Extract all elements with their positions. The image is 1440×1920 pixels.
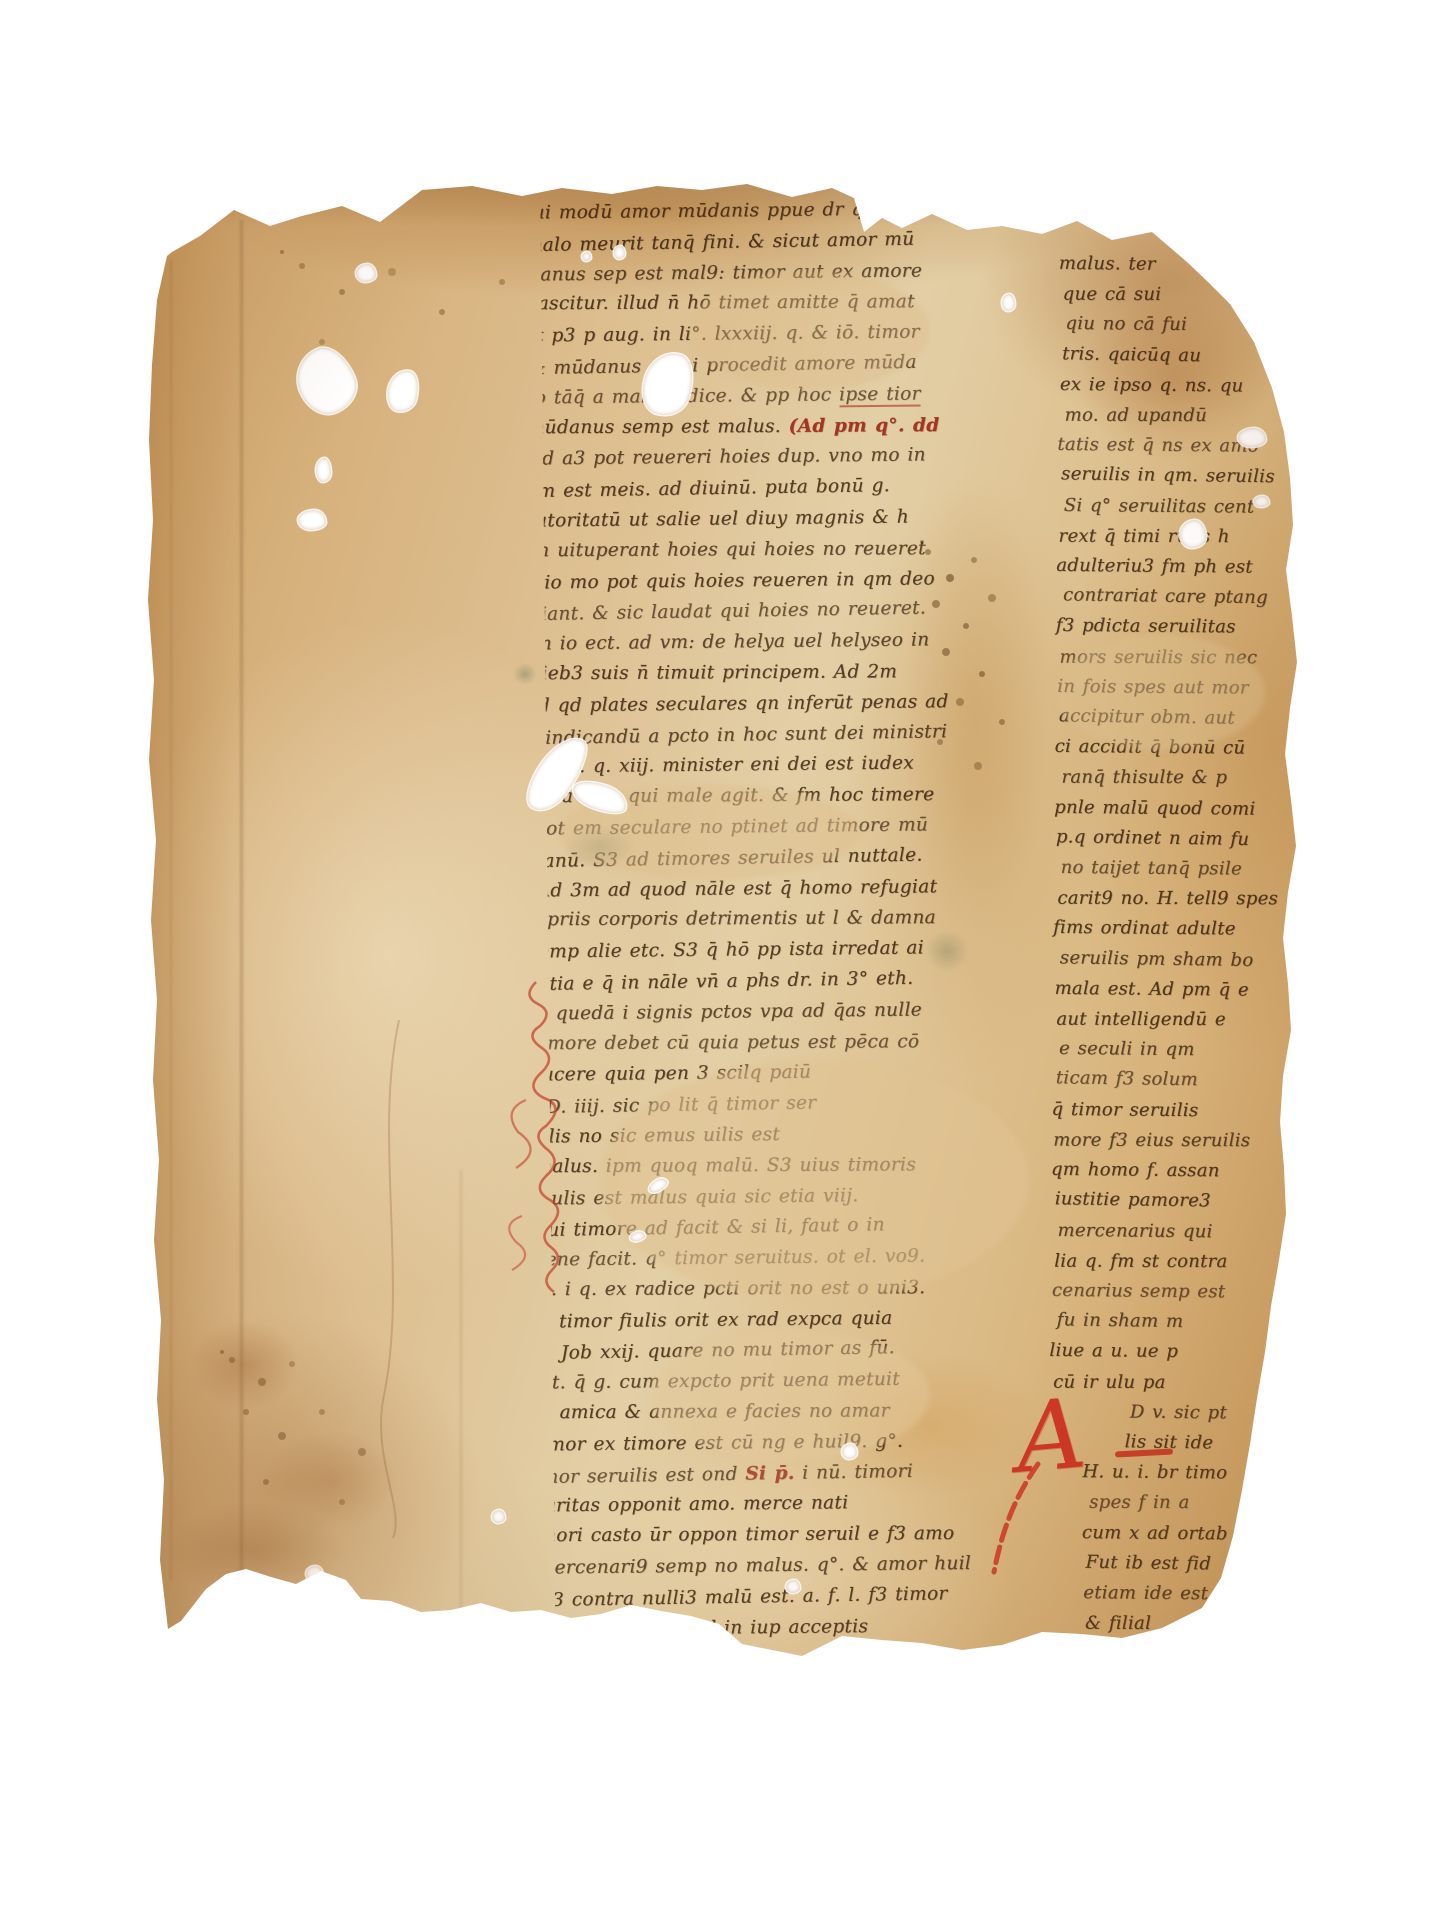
- line-text: fiulis est malus quia sic etia viij.: [540, 1185, 858, 1209]
- parchment-hole: [298, 510, 326, 530]
- manuscript-line: q̄ timor seruilis: [1051, 1095, 1301, 1127]
- line-text: uilis no sic emus uilis est: [540, 1124, 780, 1148]
- manuscript-line: adulteriu3 fm ph est: [1056, 551, 1306, 583]
- rubric-lead-mark: ||: [540, 1097, 542, 1118]
- line-text: iustitie pamore3: [1055, 1189, 1211, 1212]
- line-text: pnle malū quod comi: [1054, 797, 1255, 820]
- manuscript-line: ci accidit q̄ bonū cū: [1055, 732, 1305, 764]
- line-text: fu in sham m: [1057, 1309, 1184, 1332]
- manuscript-line: qiu no cā fui: [1065, 309, 1308, 341]
- parchment-hole: [786, 1580, 800, 1593]
- manuscript-line: mala est. Ad pm q̄ e: [1054, 974, 1302, 1006]
- manuscript-line: pnle malū quod comi: [1054, 793, 1304, 825]
- line-text: D. iiij. sic po lit q̄ timor ser: [546, 1093, 817, 1118]
- line-text: liue a u. ue p: [1049, 1340, 1178, 1362]
- line-text: Ad 3m ad quod nāle est q̄ homo refugiat: [540, 876, 937, 901]
- parchment-hole: [492, 1510, 505, 1523]
- line-text: carit9 no. H. tell9 spes: [1057, 888, 1278, 910]
- line-text: lia q. fm st contra: [1054, 1250, 1227, 1271]
- manuscript-line: aut intelligendū e: [1056, 1005, 1302, 1036]
- manuscript-line: fm ro. q. xiij. minister eni dei est iud…: [546, 748, 1010, 784]
- manuscript-line: caritas opponit amo. merce nati: [554, 1487, 1018, 1523]
- manuscript-line: dt. q̄ g. cum expcto prit uena metuit: [560, 1364, 1017, 1400]
- line-text: qm est meis. ad diuinū. puta bonū g.: [540, 475, 890, 502]
- manuscript-line: etiam ide est: [1049, 1578, 1297, 1610]
- line-text: Alio mo pot quis hoies reueren in qm deo: [540, 568, 935, 593]
- line-text: danū. S3 ad timores seruiles ul nuttale.: [540, 844, 922, 871]
- line-text: pot em seculare no ptinet ad timore mū: [540, 814, 928, 839]
- line-text: ut p3 p aug. in li°. lxxxiij. q. & iō. t…: [540, 322, 919, 347]
- manuscript-line: cū ir ulu pa: [1053, 1367, 1299, 1398]
- text-column-right: malus. terque cā suiqiu no cā fuitris. q…: [1047, 249, 1309, 1640]
- plummet-line: [365, 1020, 425, 1540]
- line-text: adulteriu3 fm ph est: [1056, 555, 1253, 578]
- manuscript-line: iustitie pamore3: [1055, 1185, 1301, 1219]
- manuscript-line: & filial: [1051, 1609, 1297, 1640]
- line-text: tatis est q̄ ns ex amo: [1057, 434, 1259, 457]
- parchment-hole: [1002, 294, 1015, 311]
- manuscript-line: mori casto ūr oppon timor seruil e f3 am…: [558, 1519, 1018, 1552]
- line-text: ci accidit q̄ bonū cū: [1055, 736, 1246, 759]
- manuscript-line: mors seruilis sic nec: [1059, 642, 1305, 673]
- line-text: hui modū amor mūdanis ppue dr quo as: [540, 199, 916, 224]
- line-text: mori casto ūr oppon timor seruil e f3 am…: [540, 1523, 954, 1546]
- manuscript-line: qm homo f. assan: [1051, 1155, 1301, 1187]
- manuscript-line: spes f in a: [1055, 1488, 1298, 1519]
- line-text: ex ie ipso q. ns. qu: [1060, 374, 1244, 397]
- line-text: autoritatū ut salie uel diuy magnis & h: [540, 507, 909, 532]
- line-text: nucere quia pen 3 scilq paiū: [540, 1062, 811, 1086]
- parchment-hole: [306, 1566, 323, 1581]
- manuscript-line: fm io ect. ad vm: de helya uel helyseo i…: [547, 625, 1009, 661]
- manuscript-line: lis sit ide: [1050, 1426, 1298, 1460]
- manuscript-line: dieb3 suis n̄ timuit principem. Ad 2m: [549, 657, 1009, 690]
- manuscript-line: mercenarius qui: [1057, 1215, 1300, 1247]
- speckle-cluster: [220, 1350, 224, 1354]
- parchment-hole: [1238, 428, 1266, 447]
- line-text: malus. ter: [1059, 253, 1156, 275]
- line-text: citia e q̄ in nāle vn̄ a phs dr. in 3° e…: [540, 968, 913, 995]
- manuscript-line: mūdanus semp est malus. (Ad pm q°. dd: [547, 410, 1007, 443]
- manuscript-line: p.q ordinet n aim fu: [1056, 822, 1304, 856]
- line-text: q̄ timor seruilis: [1051, 1099, 1198, 1121]
- line-text: bene facit. q° timor seruitus. ot el. vo…: [540, 1246, 925, 1271]
- line-text: h. i q. ex radice pcti orit no est o uni…: [540, 1277, 925, 1300]
- rubric-text: Si p̄.: [745, 1463, 795, 1485]
- line-text: malus. ipm quoq malū. S3 uius timoris: [540, 1154, 916, 1177]
- parchment-hole: [260, 1588, 271, 1597]
- fold-crease: [240, 220, 243, 1600]
- line-text: qiu no cā fui: [1065, 313, 1187, 335]
- manuscript-line: fu in sham m: [1057, 1305, 1300, 1339]
- line-text: fm ro. q. xiij. minister eni dei est iud…: [540, 753, 914, 778]
- manuscript-line: Si q° seruilitas cent: [1064, 491, 1307, 523]
- manuscript-line: ex ie ipso q. ns. qu: [1060, 370, 1308, 402]
- manuscript-line: D v. sic pt: [1056, 1397, 1299, 1429]
- manuscript-line: e seculi in qm: [1059, 1034, 1302, 1066]
- manuscript-line: more f3 eius seruilis: [1053, 1126, 1301, 1157]
- manuscript-line: in fois spes aut mor: [1057, 672, 1305, 704]
- manuscript-line: timore debet cū quia petus est pēca cō: [553, 1026, 1013, 1059]
- manuscript-line: seruilis in qm. seruilis: [1061, 460, 1307, 494]
- manuscript-line: malus. ipm quoq malū. S3 uius timoris: [554, 1149, 1014, 1182]
- line-text: contrariat care ptang: [1063, 585, 1268, 609]
- stain: [165, 1500, 345, 1600]
- line-text: & Job xxij. quare no mu timor as fū.: [540, 1338, 894, 1365]
- manuscript-line: h. i q. ex radice pcti orit no est o uni…: [559, 1273, 1016, 1306]
- manuscript-line: cenarius semp est: [1052, 1276, 1300, 1308]
- manuscript-line: accipitur obm. aut: [1059, 701, 1305, 735]
- line-text: mūdanus semp est malus.: [540, 416, 788, 438]
- line-text: qui timore ad facit & si li, faut o in: [540, 1215, 885, 1242]
- smudge: [513, 663, 537, 685]
- manuscript-line: tatis est q̄ ns ex amo: [1057, 430, 1307, 462]
- parchment-hole: [383, 367, 422, 415]
- manuscript-line: carit9 no. H. tell9 spes: [1057, 884, 1303, 915]
- manuscript-line: mo. ad upandū: [1065, 401, 1308, 432]
- line-text: mor seruilis est ond: [541, 1463, 746, 1487]
- fold-crease: [170, 260, 172, 1580]
- line-text: e seculi in qm: [1059, 1038, 1195, 1060]
- line-text: Fut ib est fid: [1085, 1551, 1211, 1574]
- line-text: Si q° seruilitas cent: [1064, 495, 1255, 518]
- line-text: danus sep est mal9: timor aut ex amore: [540, 260, 922, 285]
- line-text: f3 pdicta seruilitas: [1056, 615, 1236, 638]
- manuscript-line: (Ad 3m ad quod nāle est q̄ homo refugiat: [547, 871, 1011, 907]
- line-text: spes f in a: [1089, 1492, 1189, 1513]
- manuscript-line: liue a u. ue p: [1049, 1336, 1299, 1368]
- manuscript-line: malus. ter: [1059, 249, 1309, 281]
- line-text: & cota fm quia fid in iup acceptis: [540, 1616, 868, 1640]
- line-text: nascitur. illud n̄ hō timet amitte q̄ am…: [540, 292, 915, 315]
- line-text: aut intelligendū e: [1056, 1009, 1226, 1030]
- stain: [190, 1320, 300, 1410]
- manuscript-line: & cota fm quia fid in iup acceptis: [555, 1610, 1019, 1646]
- line-text: S3 contra nulli3 malū est. a. f. l. f3 t…: [540, 1583, 947, 1611]
- line-text: mala est. Ad pm q̄ e: [1055, 978, 1249, 1001]
- line-text: in fois spes aut mor: [1057, 676, 1249, 699]
- line-text: dieb3 suis n̄ timuit principem. Ad 2m: [540, 661, 897, 684]
- line-text: mercenarius qui: [1057, 1219, 1212, 1241]
- line-text: seruilis in qm. seruilis: [1061, 464, 1275, 488]
- rubric-initial-A: A: [1012, 1385, 1089, 1487]
- manuscript-line: uilis no sic emus uilis est: [550, 1117, 1014, 1153]
- line-text: fims ordinat adulte: [1053, 917, 1236, 940]
- line-text: tris. qaicūq au: [1062, 343, 1201, 366]
- line-text: caritas opponit amo. merce nati: [540, 1493, 848, 1517]
- stain: [260, 1430, 400, 1530]
- manuscript-line: cum x ad ortab: [1048, 1517, 1298, 1549]
- line-text: malo meurit tanq̄ fini. & sicut amor mū: [540, 229, 914, 256]
- manuscript-line: lia q. fm st contra: [1054, 1246, 1300, 1277]
- line-text: mercenari9 semp no malus. q°. & amor hui…: [540, 1553, 971, 1579]
- manuscript-line: autoritatū ut salie uel diuy magnis & h: [544, 502, 1008, 538]
- parchment-hole: [316, 458, 331, 482]
- manuscript-line: ranq̄ thisulte & p: [1061, 763, 1304, 794]
- manuscript-line: no taijet tanq̄ psile: [1061, 853, 1304, 885]
- line-text: seruilis pm sham bo: [1060, 947, 1254, 971]
- manuscript-line: f3 pdicta seruilitas: [1056, 611, 1306, 643]
- parchment-hole: [1180, 520, 1206, 548]
- manuscript-line: Fut ib est fid: [1051, 1547, 1297, 1581]
- line-text: q̄ quedā i signis pctos vpa ad q̄as null…: [540, 999, 922, 1024]
- line-text: p.q ordinet n aim fu: [1056, 826, 1250, 850]
- manuscript-line: in uituperant hoies qui hoies no reueret: [551, 534, 1008, 567]
- manuscript-line: fims ordinat adulte: [1053, 913, 1303, 945]
- parchment-hole: [1254, 496, 1269, 507]
- manuscript-line: danus sep est mal9: timor aut ex amore: [548, 255, 1005, 291]
- line-text: cenarius semp est: [1052, 1280, 1226, 1303]
- manuscript-line: q̄ quedā i signis pctos vpa ad q̄as null…: [556, 994, 1013, 1030]
- line-text: timore debet cū quia petus est pēca cō: [540, 1031, 919, 1054]
- line-text: qiant. & sic laudat qui hoies no reueret…: [540, 598, 926, 626]
- line-text: temp alie etc. S3 q̄ hō pp ista irredat …: [540, 938, 924, 963]
- line-text: H. u. i. br timo: [1082, 1461, 1227, 1483]
- line-text: que cā sui: [1063, 284, 1162, 305]
- line-text: & amica & annexa e facies no amar: [540, 1400, 889, 1423]
- rubric-text: (Ad pm q°. dd: [789, 415, 940, 437]
- manuscript-line: bene facit. q° timor seruitus. ot el. vo…: [553, 1241, 1015, 1277]
- manuscript-line: seruilis pm sham bo: [1060, 943, 1303, 977]
- line-text: cum x ad ortab: [1082, 1522, 1228, 1544]
- line-text: dt. q̄ g. cum expcto prit uena metuit: [540, 1369, 900, 1394]
- manuscript-line: contrariat care ptang: [1063, 581, 1306, 615]
- fold-crease: [460, 1170, 462, 1620]
- manuscript-photograph: hui modū amor mūdanis ppue dr quo asmalo…: [0, 0, 1440, 1920]
- line-text: mo. ad upandū: [1065, 405, 1208, 426]
- manuscript-line: tris. qaicūq au: [1062, 339, 1308, 373]
- manuscript-line: & amica & annexa e facies no amar: [555, 1396, 1017, 1429]
- line-text: ppriis corporis detrimentis ut l & damna: [540, 907, 936, 930]
- manuscript-line: nascitur. illud n̄ hō timet amitte q̄ am…: [545, 287, 1005, 320]
- speckle-cluster: [280, 250, 284, 254]
- line-text: in uituperant hoies qui hoies no reueret: [540, 538, 925, 561]
- manuscript-line: ticam f3 solum: [1056, 1064, 1302, 1098]
- line-text: no taijet tanq̄ psile: [1061, 857, 1242, 880]
- line-text: & filial: [1085, 1613, 1151, 1634]
- text-column-main: hui modū amor mūdanis ppue dr quo asmalo…: [540, 194, 1019, 1659]
- parchment-hole: [614, 246, 625, 259]
- parchment-hole: [842, 1444, 857, 1459]
- line-text: etiam ide est: [1083, 1582, 1208, 1604]
- manuscript-line: ppriis corporis detrimentis ut l & damna: [555, 903, 1012, 936]
- manuscript-line: que cā sui: [1063, 280, 1309, 311]
- line-text: ticam f3 solum: [1056, 1068, 1198, 1091]
- line-text: qm homo f. assan: [1051, 1159, 1220, 1181]
- parchment-hole: [356, 264, 376, 282]
- parchment-hole: [582, 252, 591, 261]
- line-text: more f3 eius seruilis: [1053, 1130, 1250, 1152]
- line-text: fm io ect. ad vm: de helya uel helyseo i…: [540, 630, 929, 655]
- parchment-hole: [288, 340, 365, 422]
- red-underlined-text: ipse tior: [839, 383, 921, 407]
- line-text: mors seruilis sic nec: [1059, 646, 1257, 668]
- line-text: qd a3 pot reuereri hoies dup. vno mo in: [540, 445, 926, 470]
- line-text: D v. sic pt: [1130, 1401, 1227, 1423]
- line-text: uindicandū a pcto in hoc sunt dei minist…: [540, 721, 947, 749]
- line-text: ranq̄ thisulte & p: [1061, 767, 1227, 788]
- manuscript-line: no tāq̄ a mala radice. & pp hoc ipse tio…: [542, 378, 1006, 414]
- line-text: accipitur obm. aut: [1059, 705, 1235, 728]
- line-text-tail: i nū. timori: [794, 1461, 913, 1484]
- line-text: & mūdanus e qui procedit amore mūda: [540, 352, 917, 379]
- manuscript-leaf: hui modū amor mūdanis ppue dr quo asmalo…: [130, 180, 1305, 1670]
- line-text: dd qd plates seculares qn inferūt penas …: [540, 691, 948, 716]
- line-text: f3 timor fiulis orit ex rad expca quia: [540, 1308, 892, 1333]
